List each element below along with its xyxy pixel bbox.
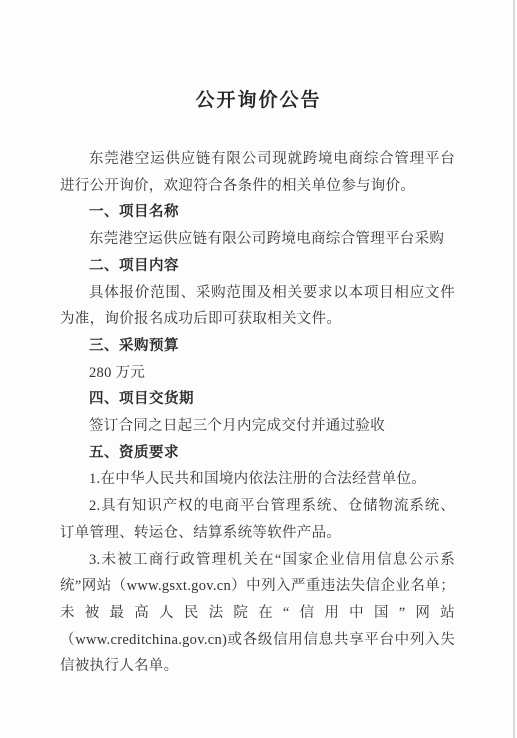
- project-content-paragraph: 具体报价范围、采购范围及相关要求以本项目相应文件为准，询价报名成功后即可获取相关…: [60, 280, 455, 333]
- section-heading-procurement-budget: 三、采购预算: [60, 333, 455, 360]
- page-title: 公开询价公告: [0, 0, 517, 112]
- document-body: 东莞港空运供应链有限公司现就跨境电商综合管理平台进行公开询价，欢迎符合各条件的相…: [60, 146, 455, 680]
- section-heading-project-name: 一、项目名称: [60, 199, 455, 226]
- qualification-item-2: 2.具有知识产权的电商平台管理系统、仓储物流系统、订单管理、转运仓、结算系统等软…: [60, 493, 455, 546]
- project-name-paragraph: 东莞港空运供应链有限公司跨境电商综合管理平台采购: [60, 226, 455, 253]
- qualification-item-1: 1.在中华人民共和国境内依法注册的合法经营单位。: [60, 466, 455, 493]
- qualification-item-3: 3.未被工商行政管理机关在“国家企业信用信息公示系统”网站（www.gsxt.g…: [60, 547, 455, 681]
- budget-paragraph: 280 万元: [60, 360, 455, 387]
- section-heading-qualification-requirements: 五、资质要求: [60, 440, 455, 467]
- delivery-period-paragraph: 签订合同之日起三个月内完成交付并通过验收: [60, 413, 455, 440]
- intro-paragraph: 东莞港空运供应链有限公司现就跨境电商综合管理平台进行公开询价，欢迎符合各条件的相…: [60, 146, 455, 199]
- section-heading-delivery-period: 四、项目交货期: [60, 386, 455, 413]
- scan-edge-line: [513, 0, 515, 738]
- section-heading-project-content: 二、项目内容: [60, 253, 455, 280]
- document-page: 公开询价公告 东莞港空运供应链有限公司现就跨境电商综合管理平台进行公开询价，欢迎…: [0, 0, 517, 738]
